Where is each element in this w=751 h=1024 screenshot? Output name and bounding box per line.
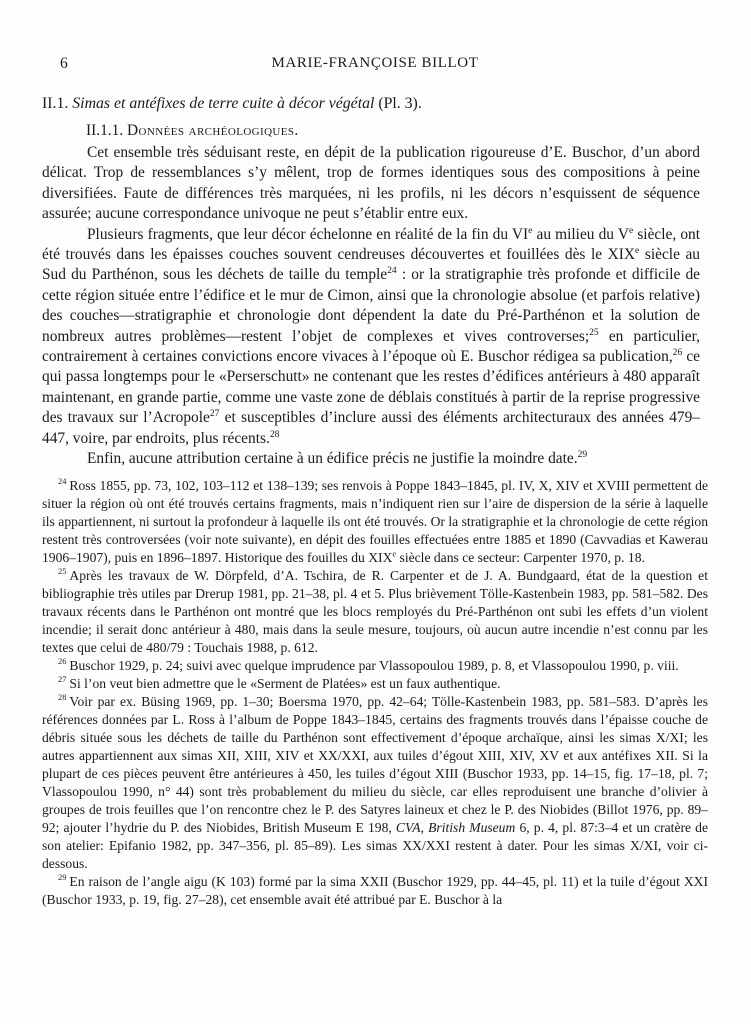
footnote-marker-24: 24 [58, 476, 66, 486]
footnote-text-26: Buschor 1929, p. 24; suivi avec quelque … [69, 658, 678, 673]
footnote-text-28: Voir par ex. Büsing 1969, pp. 1–30; Boer… [42, 694, 708, 871]
body-text: Cet ensemble très séduisant reste, en dé… [42, 143, 700, 470]
footnote-28: 28Voir par ex. Büsing 1969, pp. 1–30; Bo… [42, 693, 708, 873]
footnote-27: 27Si l’on veut bien admettre que le «Ser… [42, 675, 708, 693]
section-heading: II.1. Simas et antéfixes de terre cuite … [42, 94, 708, 113]
footnote-text-24: Ross 1855, pp. 73, 102, 103–112 et 138–1… [42, 478, 708, 565]
running-head-author: MARIE-FRANÇOISE BILLOT [42, 55, 708, 72]
body-paragraph-3: Enfin, aucune attribution certaine à un … [42, 449, 700, 469]
subsection-heading: II.1.1. Données archéologiques. [86, 122, 708, 140]
footnote-26: 26Buschor 1929, p. 24; suivi avec quelqu… [42, 657, 708, 675]
document-page: 6 MARIE-FRANÇOISE BILLOT II.1. Simas et … [0, 0, 751, 1024]
footnote-29: 29En raison de l’angle aigu (K 103) form… [42, 873, 708, 909]
footnote-marker-27: 27 [58, 674, 66, 684]
footnote-marker-28: 28 [58, 692, 66, 702]
footnote-24: 24Ross 1855, pp. 73, 102, 103–112 et 138… [42, 477, 708, 567]
footnotes-block: 24Ross 1855, pp. 73, 102, 103–112 et 138… [42, 477, 708, 909]
footnote-text-25: Après les travaux de W. Dörpfeld, d’A. T… [42, 568, 708, 655]
footnote-marker-29: 29 [58, 872, 66, 882]
footnote-25: 25Après les travaux de W. Dörpfeld, d’A.… [42, 567, 708, 657]
footnote-marker-25: 25 [58, 566, 66, 576]
footnote-text-27: Si l’on veut bien admettre que le «Serme… [69, 676, 500, 691]
footnote-marker-26: 26 [58, 656, 66, 666]
footnote-text-29: En raison de l’angle aigu (K 103) formé … [42, 874, 708, 907]
body-paragraph-2: Plusieurs fragments, que leur décor éche… [42, 225, 700, 449]
running-header: 6 MARIE-FRANÇOISE BILLOT [42, 55, 708, 73]
body-paragraph-1: Cet ensemble très séduisant reste, en dé… [42, 143, 700, 225]
text-block: 6 MARIE-FRANÇOISE BILLOT II.1. Simas et … [42, 0, 708, 909]
page-number: 6 [60, 55, 68, 72]
